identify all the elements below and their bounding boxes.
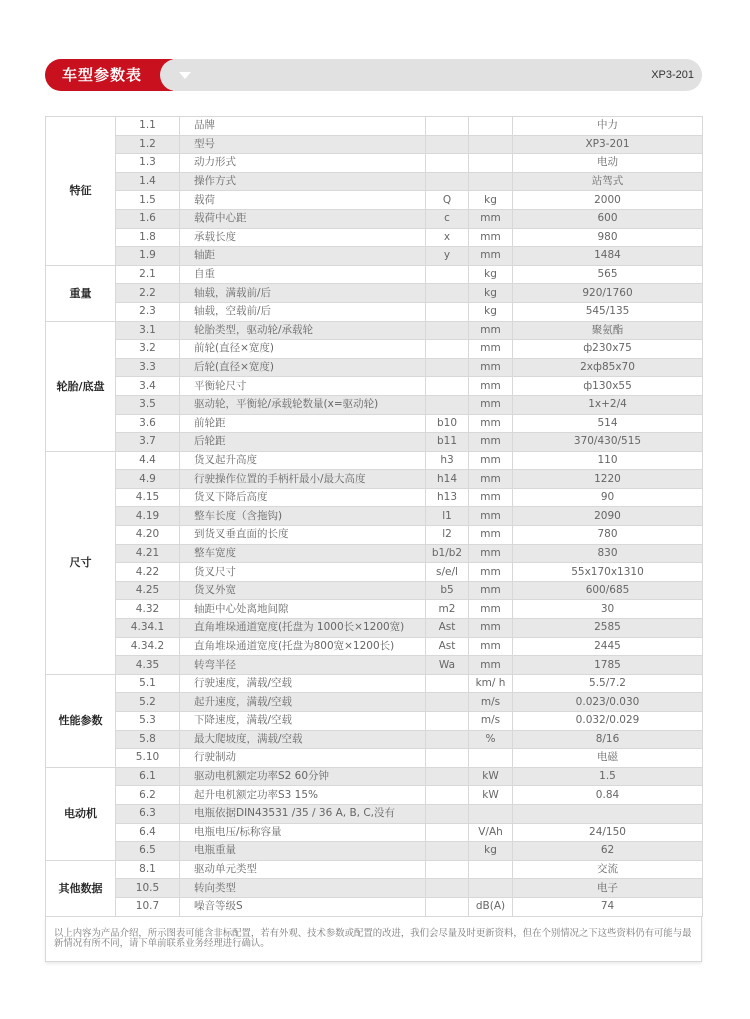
unit: kg	[469, 265, 513, 284]
symbol: y	[426, 247, 469, 266]
row-number: 2.2	[116, 284, 180, 303]
table-row: 其他数据8.1驱动单元类型交流	[46, 860, 703, 879]
unit: mm	[469, 247, 513, 266]
param-value: 站驾式	[513, 172, 703, 191]
param-value: 1220	[513, 470, 703, 489]
row-number: 1.8	[116, 228, 180, 247]
row-number: 4.4	[116, 451, 180, 470]
symbol: x	[426, 228, 469, 247]
param-name: 前轮距	[180, 414, 426, 433]
table-row: 电动机6.1驱动电机额定功率S2 60分钟kW1.5	[46, 767, 703, 786]
param-value: ф130x55	[513, 377, 703, 396]
param-value: 1x+2/4	[513, 395, 703, 414]
row-number: 1.2	[116, 135, 180, 154]
table-row: 4.20到货叉垂直面的长度l2mm780	[46, 526, 703, 545]
symbol: Wa	[426, 656, 469, 675]
table-row: 1.3动力形式电动	[46, 154, 703, 173]
group-label: 轮胎/底盘	[46, 321, 116, 451]
table-row: 特征1.1品牌中力	[46, 117, 703, 136]
unit: km/ h	[469, 674, 513, 693]
unit: mm	[469, 637, 513, 656]
param-name: 驱动单元类型	[180, 860, 426, 879]
table-row: 10.5转向类型电子	[46, 879, 703, 898]
unit: mm	[469, 488, 513, 507]
unit: mm	[469, 563, 513, 582]
param-name: 货叉起升高度	[180, 451, 426, 470]
param-value: 8/16	[513, 730, 703, 749]
param-name: 转向类型	[180, 879, 426, 898]
param-value: ф230x75	[513, 340, 703, 359]
table-row: 3.2前轮(直径×宽度)mmф230x75	[46, 340, 703, 359]
param-value: 545/135	[513, 302, 703, 321]
param-name: 噪音等级S	[180, 897, 426, 916]
table-row: 4.25货叉外宽b5mm600/685	[46, 581, 703, 600]
symbol	[426, 712, 469, 731]
group-label: 其他数据	[46, 860, 116, 916]
unit: kg	[469, 842, 513, 861]
symbol	[426, 823, 469, 842]
table-row: 3.3后轮(直径×宽度)mm2xф85x70	[46, 358, 703, 377]
param-name: 货叉外宽	[180, 581, 426, 600]
spec-table: 特征1.1品牌中力1.2型号XP3-2011.3动力形式电动1.4操作方式站驾式…	[45, 116, 703, 917]
param-name: 整车长度（含拖钩)	[180, 507, 426, 526]
unit: mm	[469, 526, 513, 545]
table-row: 1.2型号XP3-201	[46, 135, 703, 154]
param-value: 电子	[513, 879, 703, 898]
table-row: 1.6载荷中心距cmm600	[46, 209, 703, 228]
symbol: m2	[426, 600, 469, 619]
unit: mm	[469, 395, 513, 414]
table-row: 4.21整车宽度b1/b2mm830	[46, 544, 703, 563]
row-number: 1.1	[116, 117, 180, 136]
unit: mm	[469, 544, 513, 563]
row-number: 6.3	[116, 804, 180, 823]
table-row: 3.4平衡轮尺寸mmф130x55	[46, 377, 703, 396]
param-name: 到货叉垂直面的长度	[180, 526, 426, 545]
param-name: 货叉下降后高度	[180, 488, 426, 507]
param-value: 980	[513, 228, 703, 247]
param-value: 交流	[513, 860, 703, 879]
param-value: 电磁	[513, 749, 703, 768]
symbol: b10	[426, 414, 469, 433]
group-label: 特征	[46, 117, 116, 266]
unit: m/s	[469, 712, 513, 731]
row-number: 5.1	[116, 674, 180, 693]
param-value: 0.023/0.030	[513, 693, 703, 712]
param-value: 1484	[513, 247, 703, 266]
param-name: 起升电机额定功率S3 15%	[180, 786, 426, 805]
symbol	[426, 842, 469, 861]
page-title: 车型参数表	[62, 59, 142, 91]
row-number: 3.2	[116, 340, 180, 359]
param-name: 整车宽度	[180, 544, 426, 563]
symbol: Ast	[426, 637, 469, 656]
row-number: 1.4	[116, 172, 180, 191]
table-row: 4.15货叉下降后高度h13mm90	[46, 488, 703, 507]
row-number: 1.9	[116, 247, 180, 266]
unit: mm	[469, 470, 513, 489]
symbol	[426, 730, 469, 749]
symbol	[426, 897, 469, 916]
unit: mm	[469, 451, 513, 470]
symbol: h3	[426, 451, 469, 470]
table-row: 轮胎/底盘3.1轮胎类型，驱动轮/承载轮mm聚氨酯	[46, 321, 703, 340]
row-number: 6.1	[116, 767, 180, 786]
param-value: 74	[513, 897, 703, 916]
table-row: 尺寸4.4货叉起升高度h3mm110	[46, 451, 703, 470]
row-number: 4.32	[116, 600, 180, 619]
row-number: 2.1	[116, 265, 180, 284]
param-name: 轴载，满载前/后	[180, 284, 426, 303]
row-number: 10.7	[116, 897, 180, 916]
unit	[469, 117, 513, 136]
symbol	[426, 767, 469, 786]
param-value: 110	[513, 451, 703, 470]
unit: %	[469, 730, 513, 749]
symbol: c	[426, 209, 469, 228]
param-value: 600	[513, 209, 703, 228]
table-row: 10.7噪音等级SdB(A)74	[46, 897, 703, 916]
row-number: 3.4	[116, 377, 180, 396]
row-number: 3.3	[116, 358, 180, 377]
param-name: 电瓶重量	[180, 842, 426, 861]
param-name: 下降速度，满载/空载	[180, 712, 426, 731]
row-number: 3.7	[116, 433, 180, 452]
param-name: 自重	[180, 265, 426, 284]
unit	[469, 154, 513, 173]
unit	[469, 879, 513, 898]
unit: V/Ah	[469, 823, 513, 842]
row-number: 2.3	[116, 302, 180, 321]
row-number: 5.8	[116, 730, 180, 749]
unit: mm	[469, 228, 513, 247]
table-row: 6.4电瓶电压/标称容量V/Ah24/150	[46, 823, 703, 842]
param-name: 货叉尺寸	[180, 563, 426, 582]
symbol	[426, 117, 469, 136]
unit: mm	[469, 377, 513, 396]
table-row: 2.3轴载，空载前/后kg545/135	[46, 302, 703, 321]
symbol	[426, 358, 469, 377]
unit: mm	[469, 433, 513, 452]
symbol	[426, 321, 469, 340]
symbol	[426, 879, 469, 898]
param-name: 最大爬坡度，满载/空载	[180, 730, 426, 749]
param-name: 承载长度	[180, 228, 426, 247]
param-name: 动力形式	[180, 154, 426, 173]
disclaimer-note: 以上内容为产品介绍，所示图表可能含非标配置，若有外观、技术参数或配置的改进，我们…	[45, 917, 702, 962]
unit: mm	[469, 656, 513, 675]
param-value: 聚氨酯	[513, 321, 703, 340]
symbol: Q	[426, 191, 469, 210]
row-number: 4.19	[116, 507, 180, 526]
symbol	[426, 377, 469, 396]
unit: kg	[469, 284, 513, 303]
param-value: XP3-201	[513, 135, 703, 154]
table-row: 5.8最大爬坡度，满载/空载%8/16	[46, 730, 703, 749]
param-name: 行驶制动	[180, 749, 426, 768]
param-value: 55x170x1310	[513, 563, 703, 582]
table-row: 3.6前轮距b10mm514	[46, 414, 703, 433]
table-row: 4.9行驶操作位置的手柄杆最小/最大高度h14mm1220	[46, 470, 703, 489]
param-value: 780	[513, 526, 703, 545]
table-row: 6.3电瓶依据DIN43531 /35 / 36 A, B, C,没有	[46, 804, 703, 823]
symbol: Ast	[426, 619, 469, 638]
group-label: 重量	[46, 265, 116, 321]
param-value: 0.84	[513, 786, 703, 805]
symbol: l2	[426, 526, 469, 545]
param-value: 920/1760	[513, 284, 703, 303]
param-name: 轴距	[180, 247, 426, 266]
param-value: 600/685	[513, 581, 703, 600]
unit: mm	[469, 414, 513, 433]
param-value: 2585	[513, 619, 703, 638]
param-value: 24/150	[513, 823, 703, 842]
unit: kg	[469, 191, 513, 210]
table-row: 4.34.2直角堆垛通道宽度(托盘为800宽×1200长)Astmm2445	[46, 637, 703, 656]
param-name: 载荷	[180, 191, 426, 210]
param-name: 后轮(直径×宽度)	[180, 358, 426, 377]
unit	[469, 749, 513, 768]
table-row: 5.10行驶制动电磁	[46, 749, 703, 768]
row-number: 4.34.2	[116, 637, 180, 656]
param-name: 载荷中心距	[180, 209, 426, 228]
symbol: h14	[426, 470, 469, 489]
symbol: b5	[426, 581, 469, 600]
param-name: 驱动轮，平衡轮/承载轮数量(x=驱动轮)	[180, 395, 426, 414]
param-name: 平衡轮尺寸	[180, 377, 426, 396]
param-name: 轴载，空载前/后	[180, 302, 426, 321]
param-value: 370/430/515	[513, 433, 703, 452]
table-row: 5.3下降速度，满载/空载m/s0.032/0.029	[46, 712, 703, 731]
row-number: 6.5	[116, 842, 180, 861]
param-name: 后轮距	[180, 433, 426, 452]
symbol	[426, 265, 469, 284]
group-label: 性能参数	[46, 674, 116, 767]
table-row: 重量2.1自重kg565	[46, 265, 703, 284]
param-name: 品牌	[180, 117, 426, 136]
unit: mm	[469, 358, 513, 377]
table-row: 6.5电瓶重量kg62	[46, 842, 703, 861]
group-label: 尺寸	[46, 451, 116, 674]
row-number: 1.5	[116, 191, 180, 210]
unit: kW	[469, 786, 513, 805]
row-number: 3.6	[116, 414, 180, 433]
table-row: 1.5载荷Qkg2000	[46, 191, 703, 210]
row-number: 1.6	[116, 209, 180, 228]
symbol: b11	[426, 433, 469, 452]
unit: kW	[469, 767, 513, 786]
unit: m/s	[469, 693, 513, 712]
param-name: 直角堆垛通道宽度(托盘为800宽×1200长)	[180, 637, 426, 656]
table-row: 性能参数5.1行驶速度，满载/空载km/ h5.5/7.2	[46, 674, 703, 693]
param-value: 电动	[513, 154, 703, 173]
symbol	[426, 749, 469, 768]
symbol	[426, 284, 469, 303]
unit	[469, 860, 513, 879]
dropdown-triangle-icon	[179, 72, 191, 79]
table-row: 3.5驱动轮，平衡轮/承载轮数量(x=驱动轮)mm1x+2/4	[46, 395, 703, 414]
row-number: 10.5	[116, 879, 180, 898]
table-row: 2.2轴载，满载前/后kg920/1760	[46, 284, 703, 303]
param-value: 830	[513, 544, 703, 563]
row-number: 4.25	[116, 581, 180, 600]
unit	[469, 172, 513, 191]
param-value	[513, 804, 703, 823]
row-number: 5.10	[116, 749, 180, 768]
symbol	[426, 135, 469, 154]
row-number: 6.2	[116, 786, 180, 805]
param-name: 前轮(直径×宽度)	[180, 340, 426, 359]
table-row: 4.22货叉尺寸s/e/lmm55x170x1310	[46, 563, 703, 582]
model-label: XP3-201	[651, 59, 694, 91]
row-number: 5.3	[116, 712, 180, 731]
table-row: 4.34.1直角堆垛通道宽度(托盘为 1000长×1200宽)Astmm2585	[46, 619, 703, 638]
unit: kg	[469, 302, 513, 321]
table-row: 1.9轴距ymm1484	[46, 247, 703, 266]
param-value: 1.5	[513, 767, 703, 786]
param-name: 电瓶依据DIN43531 /35 / 36 A, B, C,没有	[180, 804, 426, 823]
param-name: 起升速度，满载/空载	[180, 693, 426, 712]
param-name: 直角堆垛通道宽度(托盘为 1000长×1200宽)	[180, 619, 426, 638]
symbol: b1/b2	[426, 544, 469, 563]
row-number: 4.21	[116, 544, 180, 563]
param-value: 2445	[513, 637, 703, 656]
param-name: 操作方式	[180, 172, 426, 191]
param-value: 90	[513, 488, 703, 507]
symbol	[426, 804, 469, 823]
symbol	[426, 860, 469, 879]
unit	[469, 804, 513, 823]
param-value: 565	[513, 265, 703, 284]
row-number: 4.20	[116, 526, 180, 545]
param-value: 30	[513, 600, 703, 619]
param-value: 62	[513, 842, 703, 861]
param-value: 514	[513, 414, 703, 433]
row-number: 8.1	[116, 860, 180, 879]
table-row: 4.35转弯半径Wamm1785	[46, 656, 703, 675]
row-number: 4.22	[116, 563, 180, 582]
param-value: 2xф85x70	[513, 358, 703, 377]
param-name: 行驶操作位置的手柄杆最小/最大高度	[180, 470, 426, 489]
symbol	[426, 674, 469, 693]
symbol	[426, 693, 469, 712]
unit: mm	[469, 619, 513, 638]
param-value: 1785	[513, 656, 703, 675]
table-row: 4.19整车长度（含拖钩)l1mm2090	[46, 507, 703, 526]
table-row: 1.8承载长度xmm980	[46, 228, 703, 247]
param-value: 中力	[513, 117, 703, 136]
symbol	[426, 786, 469, 805]
param-name: 轴距中心处离地间隙	[180, 600, 426, 619]
table-row: 5.2起升速度，满载/空载m/s0.023/0.030	[46, 693, 703, 712]
symbol	[426, 302, 469, 321]
row-number: 3.5	[116, 395, 180, 414]
row-number: 4.34.1	[116, 619, 180, 638]
table-row: 3.7后轮距b11mm370/430/515	[46, 433, 703, 452]
table-row: 6.2起升电机额定功率S3 15%kW0.84	[46, 786, 703, 805]
unit: mm	[469, 600, 513, 619]
row-number: 5.2	[116, 693, 180, 712]
symbol: s/e/l	[426, 563, 469, 582]
symbol: h13	[426, 488, 469, 507]
unit: mm	[469, 507, 513, 526]
param-value: 0.032/0.029	[513, 712, 703, 731]
row-number: 6.4	[116, 823, 180, 842]
row-number: 4.15	[116, 488, 180, 507]
unit: mm	[469, 340, 513, 359]
symbol	[426, 395, 469, 414]
unit: mm	[469, 581, 513, 600]
group-label: 电动机	[46, 767, 116, 860]
table-row: 1.4操作方式站驾式	[46, 172, 703, 191]
param-name: 行驶速度，满载/空载	[180, 674, 426, 693]
symbol	[426, 154, 469, 173]
symbol	[426, 340, 469, 359]
param-value: 2090	[513, 507, 703, 526]
table-row: 4.32轴距中心处离地间隙m2mm30	[46, 600, 703, 619]
row-number: 3.1	[116, 321, 180, 340]
row-number: 4.9	[116, 470, 180, 489]
unit: dB(A)	[469, 897, 513, 916]
param-name: 电瓶电压/标称容量	[180, 823, 426, 842]
unit: mm	[469, 209, 513, 228]
symbol	[426, 172, 469, 191]
row-number: 4.35	[116, 656, 180, 675]
param-name: 转弯半径	[180, 656, 426, 675]
param-value: 5.5/7.2	[513, 674, 703, 693]
param-value: 2000	[513, 191, 703, 210]
param-name: 驱动电机额定功率S2 60分钟	[180, 767, 426, 786]
row-number: 1.3	[116, 154, 180, 173]
unit: mm	[469, 321, 513, 340]
param-name: 型号	[180, 135, 426, 154]
symbol: l1	[426, 507, 469, 526]
param-name: 轮胎类型，驱动轮/承载轮	[180, 321, 426, 340]
unit	[469, 135, 513, 154]
